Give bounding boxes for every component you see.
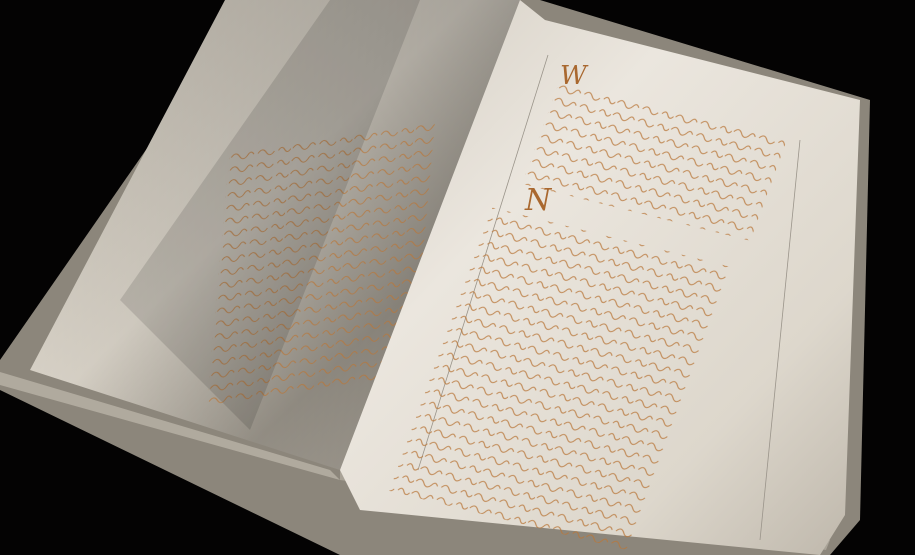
photo-scene: W N Photograph of an open antique bound …	[0, 0, 915, 555]
initial-letter-w: W	[560, 61, 589, 91]
initial-letter-n: N	[524, 183, 553, 218]
manuscript-illustration: W N	[0, 0, 915, 555]
